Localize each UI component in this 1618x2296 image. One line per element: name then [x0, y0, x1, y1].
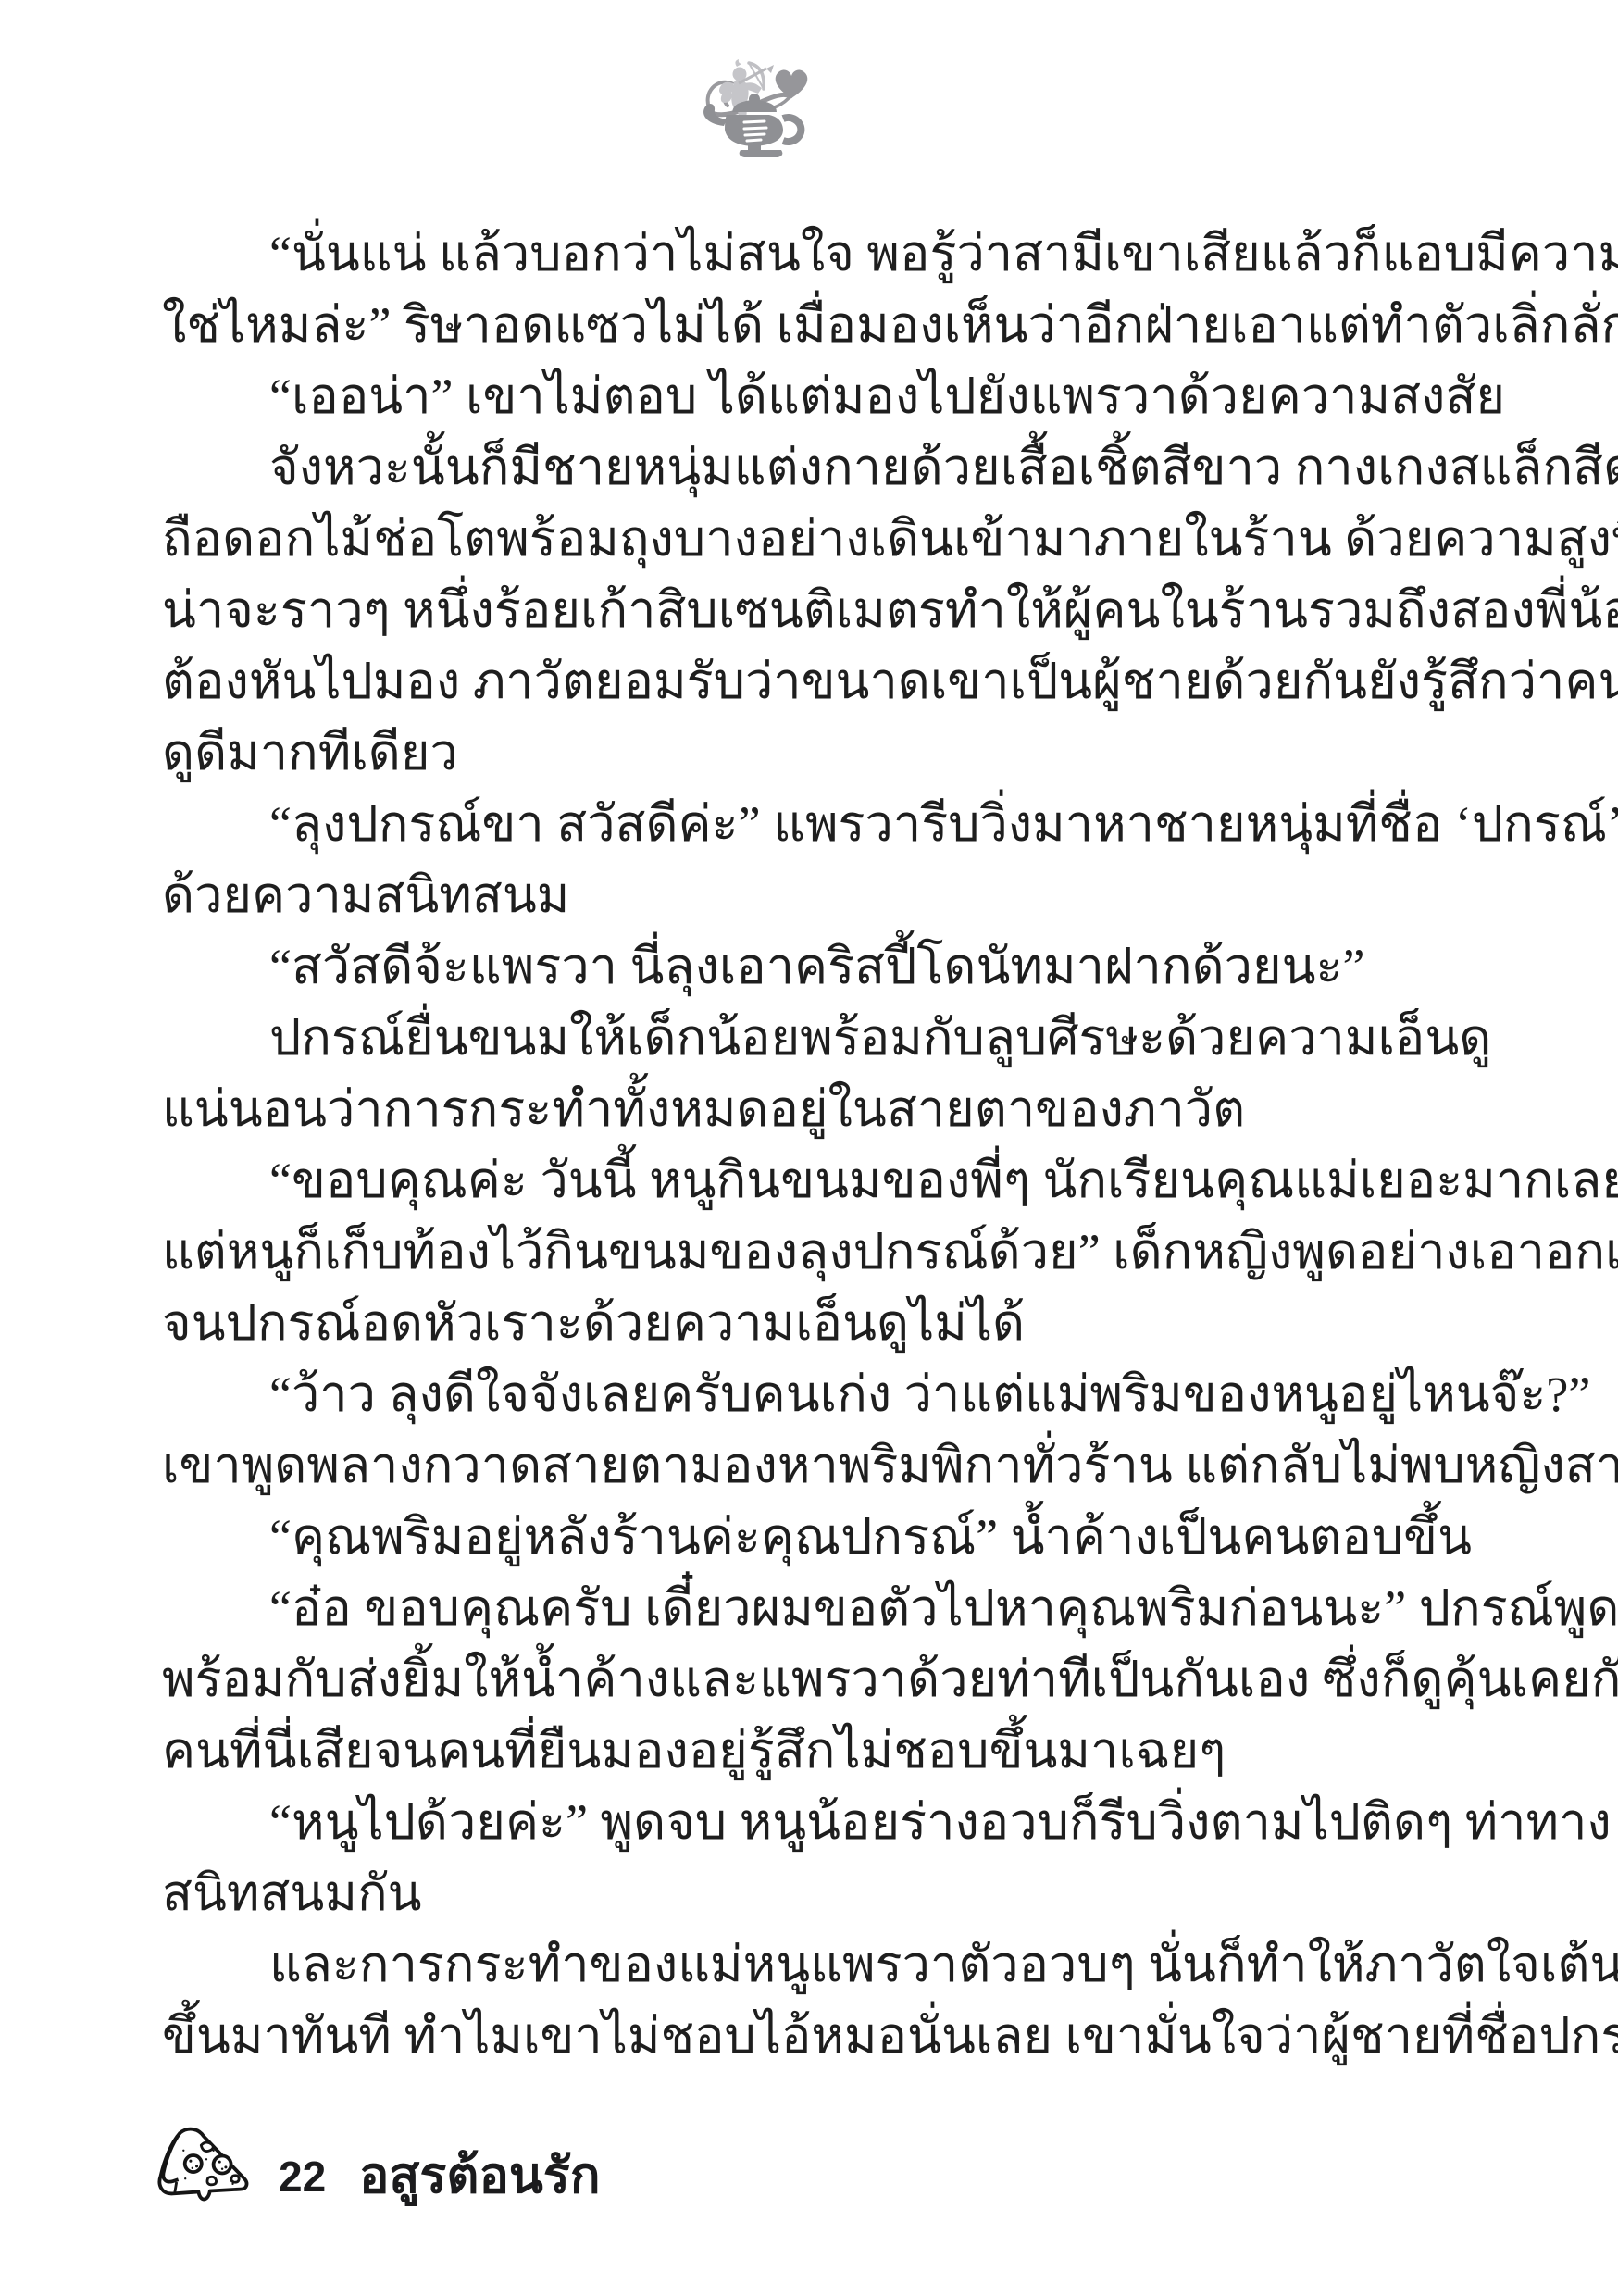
pizza-slice-icon: [154, 2120, 259, 2209]
body-line: “อ๋อ ขอบคุณครับ เดี๋ยวผมขอตัวไปหาคุณพริม…: [162, 1573, 1349, 1644]
body-line: ต้องหันไปมอง ภาวัตยอมรับว่าขนาดเขาเป็นผู…: [162, 646, 1349, 717]
page-body-text: “นั่นแน่ แล้วบอกว่าไม่สนใจ พอรู้ว่าสามีเ…: [162, 218, 1349, 2072]
body-line: “คุณพริมอยู่หลังร้านค่ะคุณปกรณ์” น้ำค้าง…: [162, 1502, 1349, 1573]
body-line: คนที่นี่เสียจนคนที่ยืนมองอยู่รู้สึกไม่ชอ…: [162, 1716, 1349, 1787]
body-line: จนปกรณ์อดหัวเราะด้วยความเอ็นดูไม่ได้: [162, 1288, 1349, 1359]
body-line: “ลุงปกรณ์ขา สวัสดีค่ะ” แพรวารีบวิ่งมาหาช…: [162, 789, 1349, 860]
body-line: ใช่ไหมล่ะ” ริษาอดแซวไม่ได้ เมื่อมองเห็นว…: [162, 290, 1349, 361]
body-line: “ว้าว ลุงดีใจจังเลยครับคนเก่ง ว่าแต่แม่พ…: [162, 1359, 1349, 1430]
book-page: “นั่นแน่ แล้วบอกว่าไม่สนใจ พอรู้ว่าสามีเ…: [0, 0, 1618, 2296]
body-line: แน่นอนว่าการกระทำทั้งหมดอยู่ในสายตาของภา…: [162, 1074, 1349, 1145]
book-title: อสูรต้อนรัก: [359, 2137, 601, 2215]
body-line: ขึ้นมาทันที ทำไมเขาไม่ชอบไอ้หมอนั่นเลย เ…: [162, 2001, 1349, 2072]
footer-mark: [154, 2120, 259, 2209]
body-line: “นั่นแน่ แล้วบอกว่าไม่สนใจ พอรู้ว่าสามีเ…: [162, 218, 1349, 290]
body-line: “เออน่า” เขาไม่ตอบ ได้แต่มองไปยังแพรวาด้…: [162, 361, 1349, 432]
body-line: แต่หนูก็เก็บท้องไว้กินขนมของลุงปกรณ์ด้วย…: [162, 1217, 1349, 1288]
body-line: น่าจะราวๆ หนึ่งร้อยเก้าสิบเซนติเมตรทำให้…: [162, 575, 1349, 646]
body-line: “ขอบคุณค่ะ วันนี้ หนูกินขนมของพี่ๆ นักเร…: [162, 1145, 1349, 1217]
body-line: สนิทสนมกัน: [162, 1858, 1349, 1929]
body-line: จังหวะนั้นก็มีชายหนุ่มแต่งกายด้วยเสื้อเช…: [162, 432, 1349, 504]
body-line: ปกรณ์ยื่นขนมให้เด็กน้อยพร้อมกับลูบศีรษะด…: [162, 1003, 1349, 1074]
page-number: 22: [279, 2151, 326, 2202]
body-line: “หนูไปด้วยค่ะ” พูดจบ หนูน้อยร่างอวบก็รีบ…: [162, 1787, 1349, 1858]
body-line: ถือดอกไม้ช่อโตพร้อมถุงบางอย่างเดินเข้ามา…: [162, 504, 1349, 575]
header-ornament: [696, 56, 813, 168]
body-line: “สวัสดีจ้ะแพรวา นี่ลุงเอาคริสปี้โดนัทมาฝ…: [162, 931, 1349, 1003]
body-line: เขาพูดพลางกวาดสายตามองหาพริมพิกาทั่วร้าน…: [162, 1430, 1349, 1502]
body-line: ด้วยความสนิทสนม: [162, 860, 1349, 931]
cupid-heart-genie-lamp-icon: [696, 56, 813, 168]
body-line: และการกระทำของแม่หนูแพรวาตัวอวบๆ นั่นก็ท…: [162, 1929, 1349, 2001]
body-line: พร้อมกับส่งยิ้มให้น้ำค้างและแพรวาด้วยท่า…: [162, 1644, 1349, 1716]
body-line: ดูดีมากทีเดียว: [162, 717, 1349, 789]
